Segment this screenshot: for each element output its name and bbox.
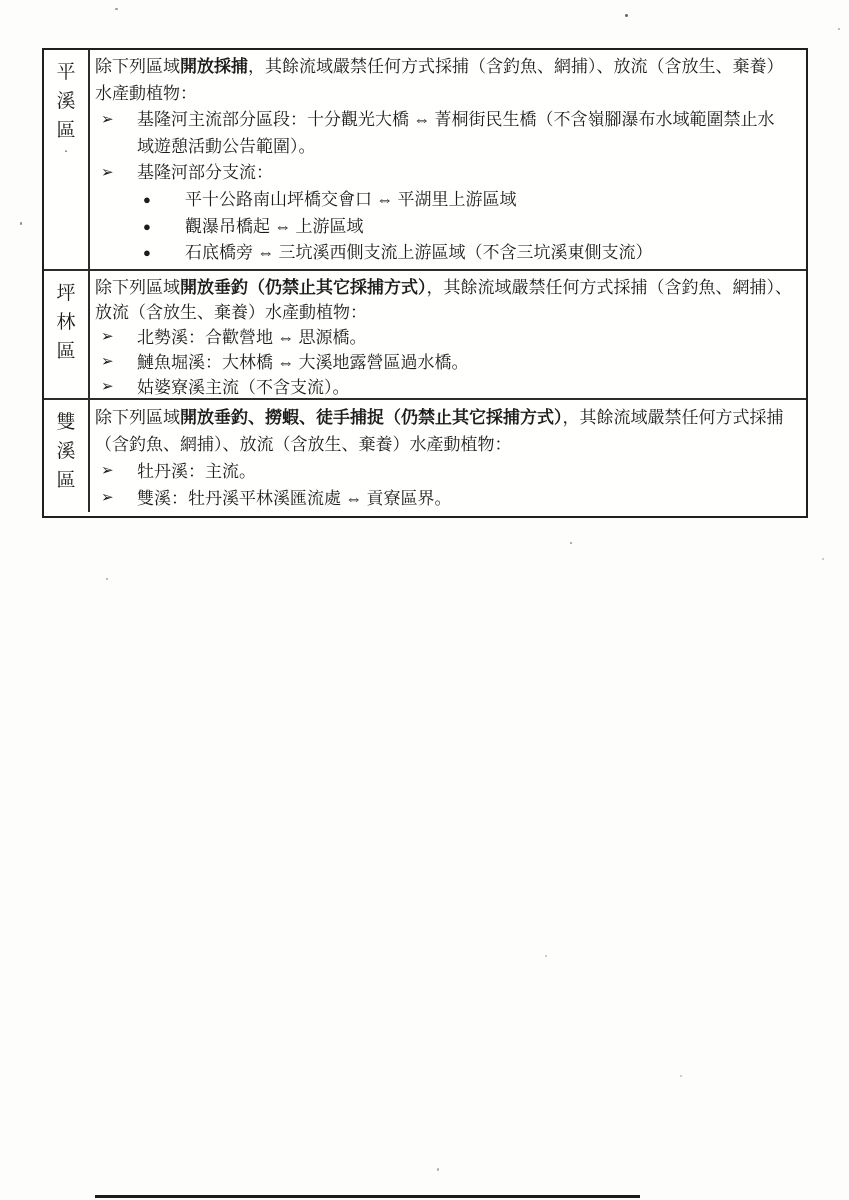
text-segment: ，其餘流域嚴禁任何方式採捕（含釣魚、網捕）、: [427, 278, 793, 297]
district-char: 區: [56, 466, 75, 495]
text-line-arrow: ➢北勢溪：合歡營地 ⇔ 思源橋。: [95, 325, 802, 350]
text-segment: 放流（含放生、棄養）水產動植物：: [95, 303, 367, 322]
district-char: 溪: [56, 437, 75, 466]
scan-speck: [20, 222, 22, 225]
text-segment: 平十公路南山坪橋交會口 ⇔ 平湖里上游區域: [185, 190, 517, 209]
regulation-content-cell: 除下列區域開放垂釣（仍禁止其它採捕方式），其餘流域嚴禁任何方式採捕（含釣魚、網捕…: [90, 271, 806, 398]
text-line-arrow: ➢基隆河部分支流：: [95, 160, 802, 187]
district-header-cell: 坪林區: [44, 271, 90, 398]
table-row: 坪林區除下列區域開放垂釣（仍禁止其它採捕方式），其餘流域嚴禁任何方式採捕（含釣魚…: [44, 269, 806, 398]
district-char: 林: [56, 308, 75, 337]
text-segment: 鰱魚堀溪：大林橋 ⇔ 大溪地露營區過水橋。: [137, 353, 469, 372]
district-char: 雙: [56, 408, 75, 437]
scan-speck: [437, 1168, 439, 1171]
table-row: 雙溪區除下列區域開放垂釣、撈蝦、徒手捕捉（仍禁止其它採捕方式），其餘流域嚴禁任何…: [44, 398, 806, 512]
text-line-cont: 域遊憩活動公告範圍）。: [95, 134, 802, 161]
text-segment: 觀瀑吊橋起 ⇔ 上游區域: [185, 217, 364, 236]
text-line-arrow: ➢牡丹溪：主流。: [95, 458, 802, 485]
text-segment: 域遊憩活動公告範圍）。: [137, 137, 316, 156]
regulation-content-cell: 除下列區域開放採捕，其餘流域嚴禁任何方式採捕（含釣魚、網捕）、放流（含放生、棄養…: [90, 50, 806, 269]
scan-speck: [545, 955, 547, 957]
text-segment: 基隆河部分支流：: [137, 163, 273, 182]
scan-speck: [106, 578, 108, 580]
arrow-bullet-icon: ➢: [101, 107, 114, 134]
text-segment: ，其餘流域嚴禁任何方式採捕: [563, 408, 784, 427]
text-segment: 水產動植物：: [95, 84, 197, 103]
scan-speck: [680, 1075, 682, 1077]
district-header-cell: 平溪區·: [44, 50, 90, 269]
text-segment: 石底橋旁 ⇔ 三坑溪西側支流上游區域（不含三坑溪東側支流）: [185, 243, 653, 262]
text-segment: 除下列區域: [95, 408, 180, 427]
scan-speck: [625, 14, 628, 17]
text-segment: 牡丹溪：主流。: [137, 462, 256, 481]
text-segment: 開放垂釣（仍禁止其它採捕方式）: [180, 278, 427, 297]
scan-speck: [822, 558, 824, 560]
dot-bullet-icon: ●: [143, 214, 151, 241]
text-segment: ，其餘流域嚴禁任何方式採捕（含釣魚、網捕）、放流（含放生、棄養）: [248, 57, 784, 76]
text-line-para: 水產動植物：: [95, 81, 802, 108]
text-segment: 除下列區域: [95, 278, 180, 297]
scan-speck: [838, 28, 840, 30]
text-line-para: 放流（含放生、棄養）水產動植物：: [95, 300, 802, 325]
arrow-bullet-icon: ➢: [101, 325, 114, 350]
next-page-edge-line: [95, 1195, 640, 1198]
arrow-bullet-icon: ➢: [101, 375, 114, 398]
arrow-bullet-icon: ➢: [101, 458, 114, 485]
text-segment: 姑婆寮溪主流（不含支流）。: [137, 378, 350, 397]
text-segment: 除下列區域: [95, 57, 180, 76]
text-line-arrow: ➢鰱魚堀溪：大林橋 ⇔ 大溪地露營區過水橋。: [95, 350, 802, 375]
dot-bullet-icon: ●: [143, 187, 151, 214]
table-row: 平溪區·除下列區域開放採捕，其餘流域嚴禁任何方式採捕（含釣魚、網捕）、放流（含放…: [44, 50, 806, 269]
arrow-bullet-icon: ➢: [101, 350, 114, 375]
scanned-page: 平溪區·除下列區域開放採捕，其餘流域嚴禁任何方式採捕（含釣魚、網捕）、放流（含放…: [0, 0, 849, 1200]
text-line-para: 除下列區域開放採捕，其餘流域嚴禁任何方式採捕（含釣魚、網捕）、放流（含放生、棄養…: [95, 54, 802, 81]
scan-dot-mark: ·: [64, 145, 69, 161]
arrow-bullet-icon: ➢: [101, 160, 114, 187]
text-line-dot: ●觀瀑吊橋起 ⇔ 上游區域: [95, 214, 802, 241]
regulation-table: 平溪區·除下列區域開放採捕，其餘流域嚴禁任何方式採捕（含釣魚、網捕）、放流（含放…: [42, 48, 808, 518]
scan-speck: [115, 8, 118, 10]
district-header-cell: 雙溪區: [44, 400, 90, 512]
district-char: 區: [56, 337, 75, 366]
text-line-para: 除下列區域開放垂釣、撈蝦、徒手捕捉（仍禁止其它採捕方式），其餘流域嚴禁任何方式採…: [95, 404, 802, 431]
text-segment: （含釣魚、網捕）、放流（含放生、棄養）水產動植物：: [95, 435, 512, 454]
text-segment: 基隆河主流部分區段：十分觀光大橋 ⇔ 菁桐街民生橋（不含嶺腳瀑布水域範圍禁止水: [137, 110, 775, 129]
text-segment: 開放採捕: [180, 57, 248, 76]
text-segment: 北勢溪：合歡營地 ⇔ 思源橋。: [137, 328, 367, 347]
text-segment: 雙溪：牡丹溪平林溪匯流處 ⇔ 貢寮區界。: [137, 489, 452, 508]
text-line-dot: ●石底橋旁 ⇔ 三坑溪西側支流上游區域（不含三坑溪東側支流）: [95, 240, 802, 267]
district-char: 平: [56, 58, 75, 87]
scan-speck: [570, 542, 572, 544]
text-line-para: 除下列區域開放垂釣（仍禁止其它採捕方式），其餘流域嚴禁任何方式採捕（含釣魚、網捕…: [95, 275, 802, 300]
regulation-content-cell: 除下列區域開放垂釣、撈蝦、徒手捕捉（仍禁止其它採捕方式），其餘流域嚴禁任何方式採…: [90, 400, 806, 512]
dot-bullet-icon: ●: [143, 240, 151, 267]
text-line-dot: ●平十公路南山坪橋交會口 ⇔ 平湖里上游區域: [95, 187, 802, 214]
text-line-para: （含釣魚、網捕）、放流（含放生、棄養）水產動植物：: [95, 431, 802, 458]
text-line-arrow: ➢基隆河主流部分區段：十分觀光大橋 ⇔ 菁桐街民生橋（不含嶺腳瀑布水域範圍禁止水: [95, 107, 802, 134]
district-char: 溪: [56, 87, 75, 116]
arrow-bullet-icon: ➢: [101, 485, 114, 512]
text-line-arrow: ➢雙溪：牡丹溪平林溪匯流處 ⇔ 貢寮區界。: [95, 485, 802, 512]
text-line-arrow: ➢姑婆寮溪主流（不含支流）。: [95, 375, 802, 398]
text-segment: 開放垂釣、撈蝦、徒手捕捉（仍禁止其它採捕方式）: [180, 408, 563, 427]
district-char: 區: [56, 116, 75, 145]
district-char: 坪: [56, 279, 75, 308]
